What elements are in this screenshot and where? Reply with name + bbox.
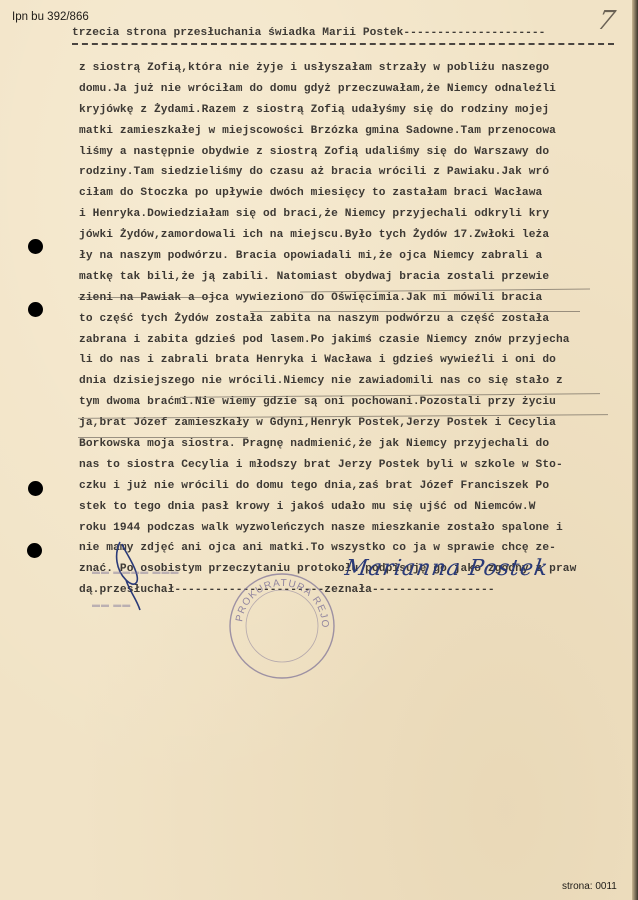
text-line: czku i już nie wrócili do domu tego dnia… <box>79 476 624 497</box>
round-official-stamp: PROKURATURA REJONOWA <box>226 570 338 682</box>
text-line: kryjówkę z Żydami.Razem z siostrą Zofią … <box>79 100 624 121</box>
text-line: rodziny.Tam siedzieliśmy do czasu aż bra… <box>79 162 624 183</box>
heading-divider <box>72 43 614 45</box>
scan-edge <box>632 0 638 900</box>
text-line: liśmy a następnie obydwie z siostrą Zofi… <box>79 142 624 163</box>
text-line: domu.Ja już nie wróciłam do domu gdyż pr… <box>79 79 624 100</box>
punch-hole <box>28 239 43 254</box>
text-line: i Henryka.Dowiedziałam się od braci,że N… <box>79 204 624 225</box>
text-line: stek to tego dnia pasł krowy i jakoś uda… <box>79 497 624 518</box>
punch-hole <box>27 543 42 558</box>
text-line: matkę tak bili,że ją zabili. Natomiast o… <box>79 267 624 288</box>
text-line: li do nas i zabrali brata Henryka i Wacł… <box>79 350 624 371</box>
text-line: ciłam do Stoczka po upływie dwóch miesię… <box>79 183 624 204</box>
svg-text:PROKURATURA REJONOWA: PROKURATURA REJONOWA <box>226 570 330 629</box>
testimony-body: z siostrą Zofią,która nie żyje i usłysza… <box>79 58 624 601</box>
document-heading: trzecia strona przesłuchania świadka Mar… <box>72 27 614 39</box>
text-line: z siostrą Zofią,która nie żyje i usłysza… <box>79 58 624 79</box>
punch-hole <box>28 302 43 317</box>
handwritten-underline <box>78 437 248 438</box>
handwritten-underline <box>78 297 218 298</box>
faint-stamp-mark: ▬▬ ▬▬ <box>92 600 131 609</box>
text-line: dnia dzisiejszego nie wrócili.Niemcy nie… <box>79 371 624 392</box>
text-line: matki zamieszkałej w miejscowości Brzózk… <box>79 121 624 142</box>
archive-reference: Ipn bu 392/866 <box>12 11 89 23</box>
text-line: dą.przesłuchał----------------------zezn… <box>79 580 624 601</box>
text-line: jówki Żydów,zamordowali ich na miejscu.B… <box>79 225 624 246</box>
witness-signature: Marianna Postek <box>343 556 550 581</box>
text-line: zabrana i zabita gdzieś pod lasem.Po jak… <box>79 330 624 351</box>
text-line: ły na naszym podwórzu. Bracia opowiadali… <box>79 246 624 267</box>
faint-stamp-mark: ▬▬ ▬▬▬▬ ▬▬▬ <box>92 567 179 576</box>
punch-hole <box>28 481 43 496</box>
text-line: roku 1944 podczas walk wyzwoleńczych nas… <box>79 518 624 539</box>
handwritten-underline <box>250 311 580 312</box>
text-line: nas to siostra Cecylia i młodszy brat Je… <box>79 455 624 476</box>
page-footer: strona: 0011 <box>562 881 617 892</box>
